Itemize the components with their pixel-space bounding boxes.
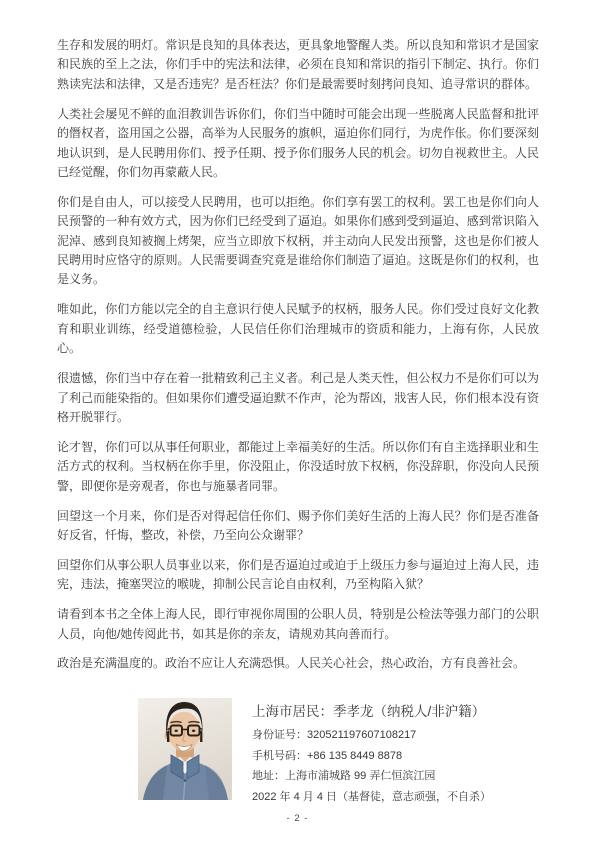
portrait-photo [138, 698, 232, 800]
resident-name-line: 上海市居民：季孝龙（纳税人/非沪籍） [252, 702, 542, 722]
signature-lines: 上海市居民：季孝龙（纳税人/非沪籍） 身份证号：3205211976071082… [252, 700, 542, 807]
phone-number-line: 手机号码：+86 135 8449 8878 [252, 746, 542, 767]
paragraph-7: 回望这一个月来，你们是否对得起信任你们、赐予你们美好生活的上海人民？你们是否准备… [57, 507, 539, 546]
paragraph-4: 唯如此，你们方能以完全的自主意识行使人民赋予的权柄，服务人民。你们受过良好文化教… [57, 300, 539, 358]
portrait-photo-drawing [138, 698, 232, 800]
document-page: 生存和发展的明灯。常识是良知的具体表达，更具象地警醒人类。所以良知和常识才是国家… [0, 0, 595, 842]
paragraph-1: 生存和发展的明灯。常识是良知的具体表达，更具象地警醒人类。所以良知和常识才是国家… [57, 36, 539, 94]
signature-block: 上海市居民：季孝龙（纳税人/非沪籍） 身份证号：3205211976071082… [138, 698, 538, 802]
paragraph-6: 论才智，你们可以从事任何职业，都能过上幸福美好的生活。所以你们有自主选择职业和生… [57, 438, 539, 496]
id-number-line: 身份证号：320521197607108217 [252, 725, 542, 746]
paragraph-5: 很遗憾，你们当中存在着一批精致利己主义者。利己是人类天性，但公权力不是你们可以为… [57, 369, 539, 427]
date-line: 2022 年 4 月 4 日（基督徒，意志顽强，不自杀） [252, 787, 542, 808]
address-line: 地址：上海市浦城路 99 弄仁恒滨江园 [252, 766, 542, 787]
page-number: - 2 - [0, 813, 595, 824]
paragraph-2: 人类社会屡见不鲜的血泪教训告诉你们，你们当中随时可能会出现一些脱离人民监督和批评… [57, 105, 539, 183]
paragraph-10: 政治是充满温度的。政治不应让人充满恐惧。人民关心社会，热心政治，方有良善社会。 [57, 654, 539, 673]
letter-body: 生存和发展的明灯。常识是良知的具体表达，更具象地警醒人类。所以良知和常识才是国家… [57, 36, 539, 684]
paragraph-8: 回望你们从事公职人员事业以来，你们是否逼迫过或迫于上级压力参与逼迫过上海人民，违… [57, 556, 539, 595]
paragraph-3: 你们是自由人，可以接受人民聘用，也可以拒绝。你们享有罢工的权利。罢工也是你们向人… [57, 193, 539, 290]
paragraph-9: 请看到本书之全体上海人民，即行审视你周围的公职人员，特别是公检法等强力部门的公职… [57, 605, 539, 644]
